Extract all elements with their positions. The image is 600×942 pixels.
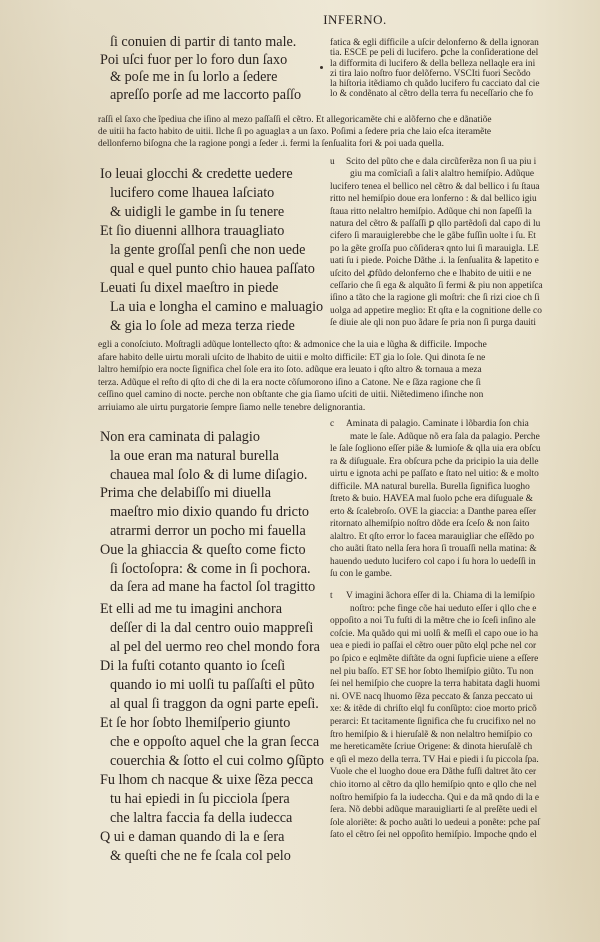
verse-line: Q ui e daman quando di la e ſera (100, 828, 340, 847)
commentary-line: noſtro hemiſpio fa la iudeccha. Qui e da… (330, 792, 592, 805)
commentary-line: hauendo ueduto lucifero col capo i ſu ho… (330, 556, 592, 569)
commentary-line: cho auãti ſtato nella ſera hora ſi troua… (330, 543, 592, 556)
commentary-line: chio itorno al cẽtro da qllo hemiſpio qn… (330, 779, 592, 792)
verse-line: la gente groſſal penſi che non uede (100, 241, 340, 260)
verse-line: lucifero come lhauea laſciato (100, 184, 340, 203)
commentary-block-2-wide: egli a conoſciuto. Moſtragli adũque lont… (98, 339, 592, 415)
book-page: INFERNO. ſi conuien di partir di tanto m… (0, 0, 600, 942)
running-head: INFERNO. (0, 12, 600, 28)
commentary-line: la difformita di lucifero & della bellez… (330, 59, 592, 69)
verse-line: Et elli ad me tu imagini anchora (100, 600, 340, 619)
verse-line: qual e quel punto chio hauea paſſato (100, 260, 340, 279)
commentary-line: zi tira laio noſtro fuor delõferno. VSCI… (330, 69, 592, 79)
commentary-line: ſtreto & buio. HAVEA mal ſuolo pche era … (330, 493, 592, 506)
guide-letter: u (330, 156, 346, 168)
verse-line: chauea mal ſolo & di lume diſagio. (100, 466, 340, 485)
commentary-block-1: fatica & egli difficile a uſcir delonfer… (330, 38, 592, 100)
verse-line: Et ſio diuenni allhora trauagliato (100, 222, 340, 241)
verse-block-2: Io leuai glocchi & credette uedere lucif… (100, 165, 340, 336)
verse-line: al qual ſi traggon da ogni parte epeſi. (100, 695, 340, 714)
commentary-line: xe: & itẽde di chriſto elql fu conſũpto:… (330, 703, 592, 716)
commentary-line: ceſſino quel camino di nocte. perche non… (98, 389, 592, 402)
commentary-line: ſe diuie ale qli non puo ãdare ſe pria n… (330, 317, 592, 329)
verse-line: tu hai epiedi in ſu picciola ſpera (100, 790, 340, 809)
verse-line: La uia e longha el camino e maluagio (100, 298, 340, 317)
commentary-line: le ſale ſogliono eſſer piãe & lumioſe & … (330, 443, 592, 456)
verse-line: atrarmi derror un pocho mi fauella (100, 522, 340, 541)
commentary-line: fatica & egli difficile a uſcir delonfer… (330, 38, 592, 48)
verse-line: deſſer di la dal centro ouio mappreſi (100, 619, 340, 638)
verse-line: al pel del uermo reo chel mondo fora (100, 638, 340, 657)
verse-line: la oue eran ma natural burella (100, 447, 340, 466)
commentary-line: coſcie. Ma quãdo qui mi uolſi & meſſi el… (330, 628, 592, 641)
verse-block-1: ſi conuien di partir di tanto male. Poi … (100, 34, 340, 104)
verse-line: & gia lo ſole ad meza terza riede (100, 317, 340, 336)
commentary-line: de uitii ha facto habito de uitii. Ilche… (98, 126, 592, 138)
commentary-line: uea e piedi io paſſai el cẽtro ouer pũto… (330, 640, 592, 653)
guide-letter: c (330, 418, 346, 431)
verse-line: Di la fuſti cotanto quanto io ſceſi (100, 657, 340, 676)
commentary-line: ſato el cẽtro ſei nel oppoſito hemiſpio.… (330, 829, 592, 842)
commentary-line: uolga ad appetire meglio: Et qſta e la c… (330, 305, 592, 317)
commentary-line: lo & condẽnato al cẽtro della terra fu n… (330, 89, 592, 99)
commentary-line: egli a conoſciuto. Moſtragli adũque lont… (98, 339, 592, 352)
commentary-line: mate le ſale. Adũque nõ era ſala da pala… (330, 431, 592, 444)
commentary-block-2: uScito del pũto che e dala circũferẽza n… (330, 156, 592, 330)
commentary-line: e qſi el mezo della terra. TV Hai e pied… (330, 754, 592, 767)
commentary-line: oppoſito a noi Tu fuſti di la mẽtre che … (330, 615, 592, 628)
verse-line: Leuati ſu dixel maeſtro in piede (100, 279, 340, 298)
verse-line: & queſti che ne fe ſcala col pelo (100, 847, 340, 866)
verse-line: maeſtro mio dixio quando fu dricto (100, 503, 340, 522)
commentary-line: ſera. Nõ debbi adũque marauigliarti ſe a… (330, 804, 592, 817)
verse-line: ſi ſoctoſopra: & come in ſi pochora. (100, 560, 340, 579)
commentary-line: natura del cẽtro & paſſaſſi ꝑ qllo partẽ… (330, 218, 592, 230)
verse-block-4: Et elli ad me tu imagini anchora deſſer … (100, 600, 340, 866)
commentary-line: me hereticamẽte ſcriue Origene: & dinota… (330, 741, 592, 754)
verse-line: Io leuai glocchi & credette uedere (100, 165, 340, 184)
verse-line: & uidigli le gambe in ſu tenere (100, 203, 340, 222)
commentary-line: nel piu baſſo. ET SE hor ſobto lhemiſpio… (330, 666, 592, 679)
commentary-line: Scito del pũto che e dala circũferẽza no… (346, 157, 536, 167)
commentary-line: uati ſu i piede. Poiche Dãthe .i. la ſen… (330, 255, 592, 267)
commentary-line: Vuole che el luogho doue era Dãthe fuſſi… (330, 766, 592, 779)
guide-letter: t (330, 590, 346, 603)
bullet-mark (320, 66, 323, 69)
commentary-line: cifero ſi marauiglerebbe che le gãbe fuſ… (330, 230, 592, 242)
commentary-line: tia. ESCE pe peli di lucifero. ꝑche la c… (330, 48, 592, 58)
commentary-line: ritornato alhemiſpio noſtro dõde era ſce… (330, 518, 592, 531)
commentary-line: ſu con le gambe. (330, 568, 592, 581)
verse-line: ſi conuien di partir di tanto male. (100, 34, 340, 52)
commentary-line: uirtu e ignota achi pe paſſato e ſtato n… (330, 468, 592, 481)
commentary-line: ſtaua ritto nelaltro hemiſpio. Adũque ch… (330, 206, 592, 218)
verse-line: da ſera ad mane ha factol ſol tragitto (100, 578, 340, 597)
commentary-line: alaltro. Et qſto error lo facea marauigl… (330, 531, 592, 544)
commentary-line: noſtro: pche finge cõe hai ueduto eſſer … (330, 603, 592, 616)
commentary-line: ſtro hemiſpio & i hieruſalẽ & non nelalt… (330, 729, 592, 742)
commentary-line: ni. OVE nacq lhuomo ſẽza peccato & ſanza… (330, 691, 592, 704)
verse-block-3: Non era caminata di palagio la oue eran … (100, 428, 340, 597)
commentary-line: ra & diſuguale. Era obſcura pche da pric… (330, 456, 592, 469)
commentary-line: laltro hemiſpio era nocte ſignifica chel… (98, 364, 592, 377)
verse-line: Oue la ghiaccia & queſto come ficto (100, 541, 340, 560)
commentary-block-1-wide: raſſi el ſaxo che ĩpediua che iſino al m… (98, 114, 592, 150)
verse-line: Prima che delabiſſo mi diuella (100, 484, 340, 503)
commentary-block-3: cAminata di palagio. Caminate i lõbardia… (330, 418, 592, 581)
verse-line: apreſſo porſe ad me laccorto paſſo (100, 87, 340, 105)
commentary-line: Aminata di palagio. Caminate i lõbardia … (346, 419, 529, 429)
commentary-line: ceſſario che ſi ega & alquãto ſi fermi &… (330, 280, 592, 292)
verse-line: quando io mi uolſi tu paſſaſti el pũto (100, 676, 340, 695)
verse-line: che e oppoſto aquel che la gran ſecca (100, 733, 340, 752)
commentary-line: arriuiamo ale uirtu purgatorie ſempre ſi… (98, 402, 592, 415)
commentary-line: uſcito del ꝓfũdo delonferno che e lhabit… (330, 268, 592, 280)
verse-line: & poſe me in ſu lorlo a ſedere (100, 69, 340, 87)
verse-line: Poi uſci fuor per lo foro dun ſaxo (100, 52, 340, 70)
commentary-line: ſei nel hemiſpio che cuopre la terra hab… (330, 678, 592, 691)
commentary-line: ritto nel hemiſpio doue era lonferno : &… (330, 193, 592, 205)
commentary-line: raſſi el ſaxo che ĩpediua che iſino al m… (98, 114, 592, 126)
verse-line: couerchia & ſotto el cui colmo ꝯſũpto (100, 752, 340, 771)
verse-line: Et ſe hor ſobto lhemiſperio giunto (100, 714, 340, 733)
commentary-line: dellonferno biſogna che la ragione pongi… (98, 138, 592, 150)
commentary-line: perarci: Et tacitamente ſignifica che fu… (330, 716, 592, 729)
commentary-line: giu ma comĩciaſi a ſaliꝛ alaltro hemiſpi… (330, 168, 592, 180)
verse-line: Non era caminata di palagio (100, 428, 340, 447)
commentary-line: po ſpico e eqlmẽte diſtãte da ogni ſupfi… (330, 653, 592, 666)
commentary-line: iſino a tãto che la ragione gli moſtri: … (330, 292, 592, 304)
commentary-line: la hiſtoria itẽdiamo ch quãdo lucifero f… (330, 79, 592, 89)
commentary-line: ſole aloriẽte: & pocho auãti lo uedeui a… (330, 817, 592, 830)
commentary-line: terza. Adũque el reſto di qſto di che di… (98, 377, 592, 390)
verse-line: Fu lhom ch nacque & uixe ſẽza pecca (100, 771, 340, 790)
commentary-line: lucifero tenea el bellico nel cẽtro & da… (330, 181, 592, 193)
commentary-block-4: tV imagini ãchora eſſer di la. Chiama di… (330, 590, 592, 842)
commentary-line: erto & ſcalebroſo. OVE la giaccia: a Dan… (330, 506, 592, 519)
commentary-line: afare habito delle uirtu morali uſcito d… (98, 352, 592, 365)
commentary-line: po la gẽte groſſa puo cõſideraꝛ qnto lui… (330, 243, 592, 255)
verse-line: che laltra faccia fa della iudecca (100, 809, 340, 828)
commentary-line: V imagini ãchora eſſer di la. Chiama di … (346, 591, 535, 601)
commentary-line: difficile. MA natural burella. Burella ſ… (330, 481, 592, 494)
